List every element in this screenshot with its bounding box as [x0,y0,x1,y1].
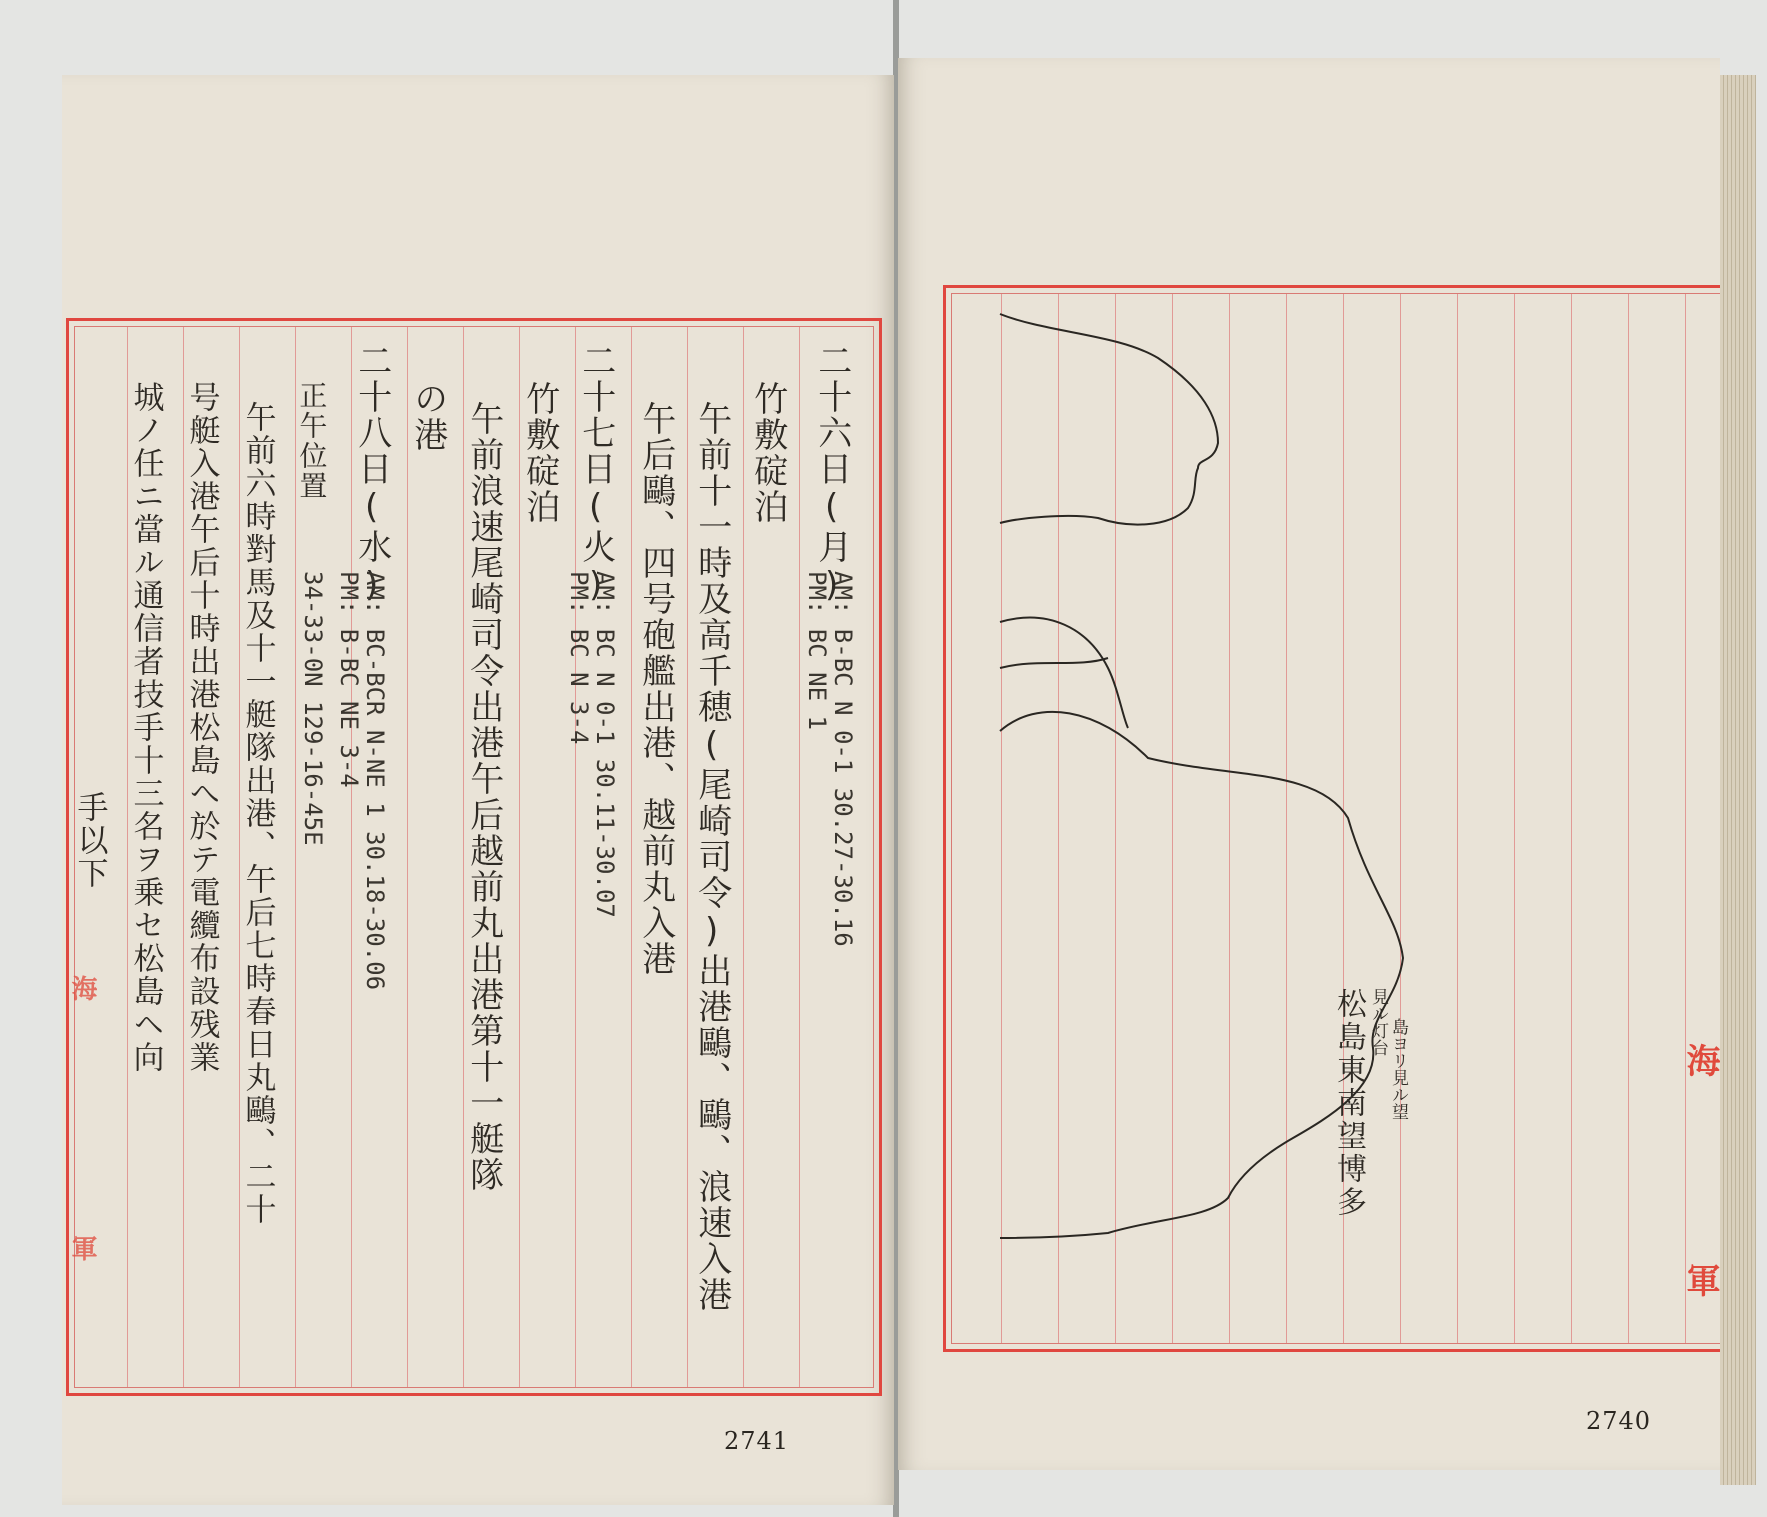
coastline-sketch [898,58,1720,1470]
entry-line-4: 午后鷗、四号砲艦出港、越前丸入港 [637,401,673,977]
weather-am-28: AM: BC-BCR N-NE 1 30.18-30.06 [361,571,389,990]
entry-line-11: 午前六時對馬及十一艇隊出港、午后七時春日丸鷗、二十 [241,401,274,1226]
red-stamp-right-1: 海 [1676,1043,1725,1077]
left-page: 二十六日(月) AM: B-BC N 0-1 30.27-30.16 PM: B… [62,75,894,1505]
noon-position-coords: 34-33-0N 129-16-45E [299,571,327,846]
sketch-caption-main: 松島東南望博多 [1326,988,1370,1219]
left-page-red-frame: 二十六日(月) AM: B-BC N 0-1 30.27-30.16 PM: B… [66,318,882,1396]
entry-anchorage-27: 竹敷碇泊 [521,381,557,525]
page-number-left: 2741 [724,1427,789,1455]
weather-pm-27: PM: BC N 3-4 [565,571,593,744]
entry-line-13: 城ノ任ニ當ル通信者技手十三名ヲ乗セ松島ヘ向 [129,381,162,1074]
entry-line-7: 午前浪速尾崎司令出港午后越前丸出港第十一艇隊 [465,401,501,1193]
right-page: 松島東南望博多 見ル灯台 島ヨリ見ル望 海 軍 2740 [898,58,1720,1470]
entry-line-3: 午前十一時及高千穂(尾崎司令)出港鷗、鷗、浪速入港 [693,401,729,1313]
entry-date-27: 二十七日(火) [577,343,613,607]
weather-pm-28: PM: B-BC NE 3-4 [335,571,363,788]
entry-line-12: 号艇入港午后十時出港松島へ於テ電纜布設残業 [185,381,218,1074]
sketch-caption-sub-2: 島ヨリ見ル望 [1386,1018,1411,1120]
entry-line-8: の港 [409,381,445,453]
red-stamp-left-2: 軍 [64,1235,101,1261]
entry-date-26: 二十六日(月) [813,343,849,607]
entry-line-14: 手以下 [73,791,106,890]
page-number-right: 2740 [1586,1407,1651,1435]
entry-anchorage-26: 竹敷碇泊 [749,381,785,525]
red-stamp-right-2: 軍 [1676,1263,1725,1297]
page-edges [1720,75,1756,1485]
weather-am-26: AM: B-BC N 0-1 30.27-30.16 [829,571,857,947]
red-stamp-left-1: 海 [64,975,101,1001]
weather-pm-26: PM: BC NE 1 [803,571,831,730]
weather-am-27: AM: BC N 0-1 30.11-30.07 [591,571,619,918]
entry-date-28: 二十八日(水) [353,343,389,607]
entry-noon-position: 正午位置 [297,381,326,501]
